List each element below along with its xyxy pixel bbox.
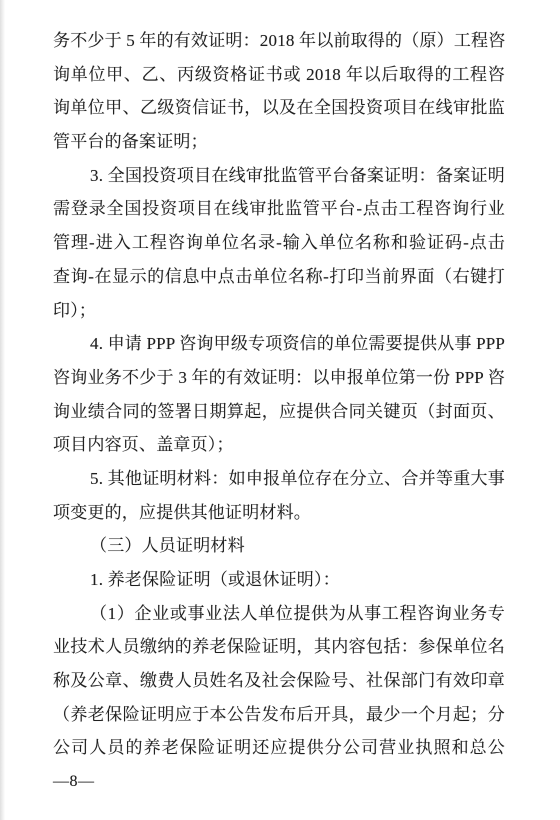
- text-line: 管理-进入工程咨询单位名录-输入单位名称和验证码-点击: [53, 226, 505, 260]
- text-line: 4. 申请 PPP 咨询甲级专项资信的单位需要提供从事 PPP: [53, 327, 505, 361]
- subsection-heading: 1. 养老保险证明（或退休证明）：: [53, 563, 505, 597]
- text-line: 项目内容页、盖章页）；: [53, 428, 505, 462]
- text-line: 5. 其他证明材料：如申报单位存在分立、合并等重大事: [53, 462, 505, 496]
- text-line: 印）；: [53, 294, 505, 328]
- document-page: 务不少于 5 年的有效证明：2018 年以前取得的（原）工程咨 询单位甲、乙、丙…: [0, 0, 560, 820]
- text-line: （1）企业或事业法人单位提供为从事工程咨询业务专: [53, 597, 505, 631]
- text-line: 务不少于 5 年的有效证明：2018 年以前取得的（原）工程咨: [53, 24, 505, 58]
- text-line: 询单位甲、乙、丙级资格证书或 2018 年以后取得的工程咨: [53, 58, 505, 92]
- text-line: 业技术人员缴纳的养老保险证明，其内容包括：参保单位名: [53, 630, 505, 664]
- text-line: 需登录全国投资项目在线审批监管平台-点击工程咨询行业: [53, 192, 505, 226]
- text-line: 查询-在显示的信息中点击单位名称-打印当前界面（右键打: [53, 260, 505, 294]
- scan-edge-shadow: [0, 0, 6, 820]
- section-heading: （三）人员证明材料: [53, 529, 505, 563]
- text-line: 称及公章、缴费人员姓名及社会保险号、社保部门有效印章: [53, 664, 505, 698]
- text-line: 公司人员的养老保险证明还应提供分公司营业执照和总公: [53, 731, 505, 765]
- text-line: 3. 全国投资项目在线审批监管平台备案证明：备案证明: [53, 159, 505, 193]
- text-line: 询业绩合同的签署日期算起，应提供合同关键页（封面页、: [53, 395, 505, 429]
- text-line: 管平台的备案证明；: [53, 125, 505, 159]
- text-line: （养老保险证明应于本公告发布后开具，最少一个月起；分: [53, 698, 505, 732]
- text-line: 项变更的，应提供其他证明材料。: [53, 496, 505, 530]
- text-line: 询单位甲、乙级资信证书，以及在全国投资项目在线审批监: [53, 91, 505, 125]
- page-number: —8—: [53, 765, 505, 799]
- document-body: 务不少于 5 年的有效证明：2018 年以前取得的（原）工程咨 询单位甲、乙、丙…: [53, 24, 505, 799]
- text-line: 咨询业务不少于 3 年的有效证明：以申报单位第一份 PPP 咨: [53, 361, 505, 395]
